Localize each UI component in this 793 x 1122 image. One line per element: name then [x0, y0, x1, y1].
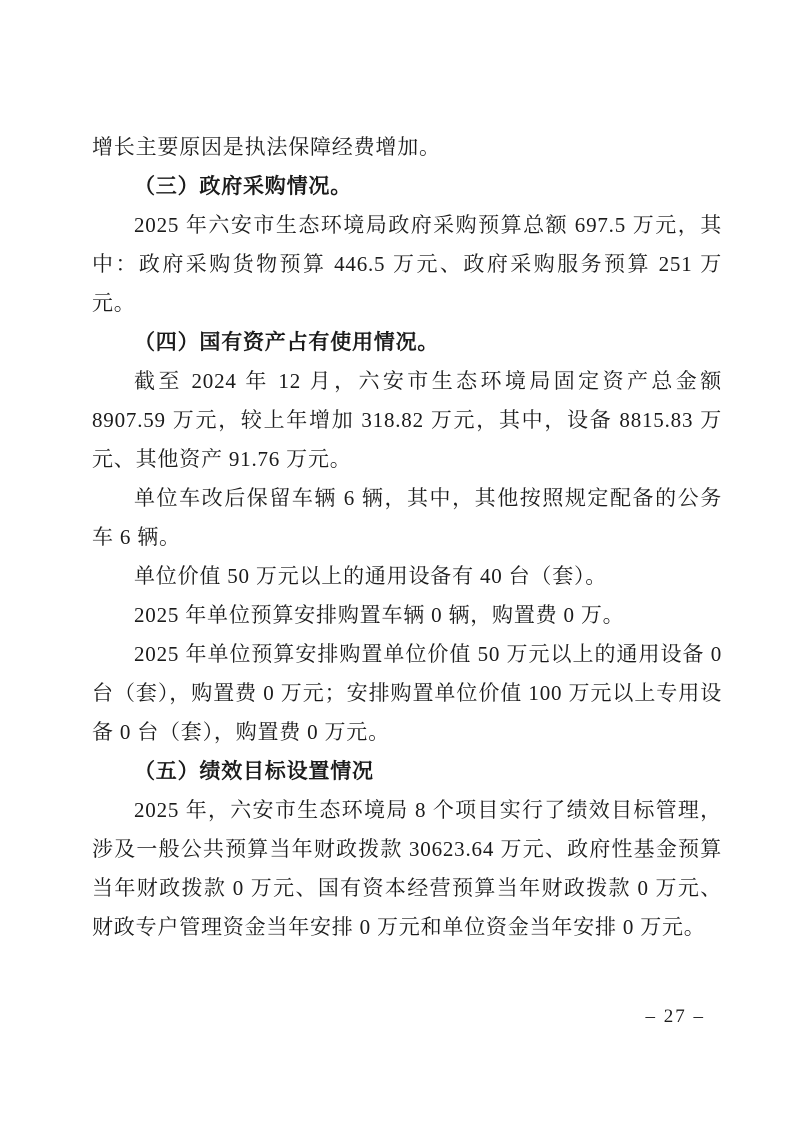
- paragraph: 2025 年，六安市生态环境局 8 个项目实行了绩效目标管理，涉及一般公共预算当…: [92, 791, 722, 947]
- document-page: 增长主要原因是执法保障经费增加。（三）政府采购情况。2025 年六安市生态环境局…: [0, 0, 793, 1122]
- section-heading: （五）绩效目标设置情况: [92, 752, 722, 791]
- section-heading: （四）国有资产占有使用情况。: [92, 323, 722, 362]
- paragraph: 单位车改后保留车辆 6 辆，其中，其他按照规定配备的公务车 6 辆。: [92, 479, 722, 557]
- paragraph: 增长主要原因是执法保障经费增加。: [92, 128, 722, 167]
- document-body: 增长主要原因是执法保障经费增加。（三）政府采购情况。2025 年六安市生态环境局…: [92, 128, 722, 947]
- paragraph: 2025 年单位预算安排购置单位价值 50 万元以上的通用设备 0 台（套），购…: [92, 635, 722, 752]
- paragraph: 单位价值 50 万元以上的通用设备有 40 台（套）。: [92, 557, 722, 596]
- paragraph: 截至 2024 年 12 月，六安市生态环境局固定资产总金额 8907.59 万…: [92, 362, 722, 479]
- page-number: – 27 –: [646, 1006, 706, 1028]
- paragraph: 2025 年单位预算安排购置车辆 0 辆，购置费 0 万。: [92, 596, 722, 635]
- section-heading: （三）政府采购情况。: [92, 167, 722, 206]
- paragraph: 2025 年六安市生态环境局政府采购预算总额 697.5 万元，其中：政府采购货…: [92, 206, 722, 323]
